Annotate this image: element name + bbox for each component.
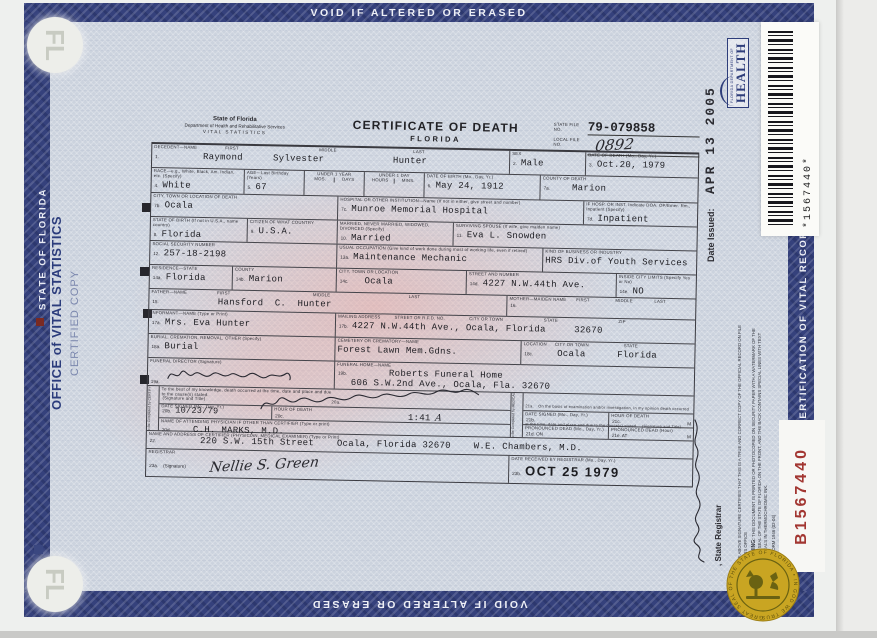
field-value: Marion [554,183,606,194]
field-sex: SEX 2.Male [509,151,585,175]
field-value: HRS Div.of Youth Services [545,256,688,269]
form-registration-mark [140,267,149,276]
field-value: Hunter [393,156,427,167]
field-residence-city: CITY, TOWN OR LOCATION 14c.Ocala [336,269,466,294]
field-value: Sylvester [273,153,393,165]
field-mother-maiden-name: MOTHER—MAIDEN NAME FIRST MIDDLE LAST 16. [506,296,695,320]
form-table: DECEDENT—NAME FIRST MIDDLE LAST 1. Raymo… [145,142,699,487]
field-value: U.S.A. [258,226,292,237]
certified-copy-text: CERTIFIED COPY [69,256,81,376]
florida-health-logo: FLORIDA DEPARTMENT OF HEALTH [727,24,750,108]
field-informant-name: INFORMANT—NAME (Type or Print) 17a.Mrs. … [149,310,335,337]
certification-band-text: CERTIFICATION OF VITAL RECORD [798,215,809,427]
great-seal-of-florida: GREAT SEAL OF THE STATE OF FLORIDA • IN … [726,548,800,622]
field-inside-city-limits: INSIDE CITY LIMITS (Specify Yes or No) 1… [616,274,696,299]
field-value: Munroe Memorial Hospital [351,204,488,217]
local-file-label: LOCAL FILE NO. [553,135,587,149]
office-of-vital-statistics-text: OFFICE of VITAL STATISTICS [49,210,64,410]
field-surviving-spouse: SURVIVING SPOUSE (If wife, give maiden n… [452,223,696,251]
field-pronounced-dead-hour: PRONOUNCED DEAD (Hour) 21e. AT M [608,427,693,441]
medical-examiner-side-strip: To Be Completed by MEDICAL EXAMINER [510,393,523,437]
field-marital-status: MARRIED, NEVER MARRIED, WIDOWED, DIVORCE… [337,221,453,246]
field-value: Eva L. Snowden [467,230,547,242]
date-received-stamp: OCT 25 1979 [525,463,620,480]
field-city-of-death: CITY, TOWN OR LOCATION OF DEATH 7b.Ocala [151,193,337,220]
field-label: DECEDENT—NAME [154,145,197,151]
field-pronounced-dead-date: PRONOUNCED DEAD (Mo., Day, Yr.) 21d. ON [523,425,608,439]
field-value: Marion [249,274,283,285]
certificate-paper: STATE OF FLORIDA CERTIFICATION OF VITAL … [0,0,836,631]
certificate-title-block: CERTIFICATE OF DEATH FLORIDA [319,117,551,145]
field-value: Florida [166,272,206,283]
field-age: AGE—Last Birthday (Years) 5.67 [243,170,303,195]
field-value: Florida [617,350,657,361]
field-value: 257-18-2198 [164,248,227,259]
void-banner-bottom: VOID IF ALTERED OR ERASED [24,591,814,617]
funeral-director-signature [164,365,294,385]
field-hospital: HOSPITAL OR OTHER INSTITUTION—Name (If n… [337,197,583,225]
field-me-hour-of-death: HOUR OF DEATH 21c. M [608,413,693,428]
field-value: White [162,180,191,191]
date-issued-label: Date Issued: [706,208,716,262]
field-value: Burial [164,341,198,352]
field-under-1-year: UNDER 1 YEAR MOS.DAYS [303,171,363,196]
blue-registration-mark [34,545,43,554]
void-banner-top-text: VOID IF ALTERED OR ERASED [24,3,814,22]
date-issued-stamp: APR 13 2005 [703,86,718,194]
field-citizen-of-country: CITIZEN OF WHAT COUNTRY 9.U.S.A. [247,219,337,244]
field-value: 4227 N.W.44th Ave. [483,278,586,290]
state-file-label: STATE FILE NO. [554,120,588,134]
red-registration-mark [36,318,44,326]
certify-statement-text: THE ABOVE SIGNATURE CERTIFIES THAT THIS … [737,324,749,564]
field-value: Ocala [165,200,194,211]
state-registrar-title: , State Registrar [714,331,723,566]
field-cemetery-location: LOCATION CITY OR TOWN STATE 18c. Ocala F… [520,341,694,367]
field-value: Mrs. Eva Hunter [165,317,251,329]
field-date-of-death: DATE OF DEATH (Mo., Day, Yr.) 3.Oct.20, … [585,152,698,177]
field-business-industry: KIND OF BUSINESS OR INDUSTRY HRS Div.of … [542,249,696,275]
field-value: Forest Lawn Mem.Gdns. [337,345,457,357]
certification-small-print: THE ABOVE SIGNATURE CERTIFIES THAT THIS … [737,324,777,564]
field-residence-street: STREET AND NUMBER 14d.4227 N.W.44th Ave. [466,271,616,297]
certifying-physician-side-strip: To Be Completed by CERTIFYING PHYSICIAN … [147,386,159,430]
scanner-background-bottom [0,631,877,638]
field-residence-county: COUNTY 14b.Marion [232,267,336,292]
left-border-band: STATE OF FLORIDA [24,3,50,617]
fl-watermark-top: FL [27,17,83,73]
field-county-of-death: COUNTY OF DEATH 7a.Marion [539,175,697,202]
field-value: NO [633,286,645,296]
hour-am-handwritten: A [434,413,442,423]
field-date-of-birth: DATE OF BIRTH (Mo., Day, Yr.) 6.May 24, … [423,173,539,199]
state-registrar-block: , State Registrar [689,331,723,566]
barcode-number: *1567440* [803,28,814,228]
field-value: Male [521,158,544,168]
form-code-text: DOH FORM 1946 (02-04) [771,324,777,564]
field-inpatient-status: IF HOSP. OR INST. Indicate DOA, OP/Emer.… [583,201,697,226]
scanned-death-certificate: STATE OF FLORIDA CERTIFICATION OF VITAL … [0,0,877,638]
death-certificate-form: State of Florida Department of Health an… [145,112,700,487]
medical-examiner-section: 21a. On the basis of examination and/or … [522,393,694,440]
state-registrar-signature [689,416,709,566]
field-cemetery-name: CEMETERY OR CREMATORY—NAME Forest Lawn M… [334,338,520,365]
barcode [768,31,793,227]
void-banner-top: VOID IF ALTERED OR ERASED [24,3,814,22]
field-value: May 24, 1912 [435,180,504,191]
field-value: Hansford C. Hunter [163,296,332,309]
registrar-signature-handwritten: Nellie S. Green [208,454,319,475]
certifying-physician-section: 20a. To the best of my knowledge, death … [158,386,511,437]
scanner-background-right [836,0,877,638]
field-funeral-director: FUNERAL DIRECTOR (Signature) 19a. [148,358,334,389]
field-value: Inpatient [597,213,648,224]
warning-text: THIS DOCUMENT IS PRINTED OR PHOTOCOPIED … [751,328,769,564]
field-state-of-birth: STATE OF BIRTH (If not in U.S.A., name c… [151,217,247,242]
field-me-date-signed: DATE SIGNED (Mo., Day, Yr.) 21b. [523,411,608,426]
field-usual-occupation: USUAL OCCUPATION (Give kind of work done… [336,245,542,272]
void-banner-bottom-text: VOID IF ALTERED OR ERASED [24,591,814,617]
fl-watermark-bottom: FL [27,556,83,612]
field-value: Raymond [163,151,273,163]
field-value: Ocala [352,276,393,287]
field-value: Florida [161,229,201,240]
field-value: 67 [255,182,267,192]
barcode-strip: *1567440* [761,22,819,236]
field-race: RACE—e.g., White, Black, Am. Indian, etc… [151,168,243,194]
document-number-red: B1567440 [793,447,811,545]
field-disposition: BURIAL, CREMATION, REMOVAL, OTHER (Speci… [148,334,334,361]
field-residence-state: RESIDENCE—STATE 14a.Florida [150,265,232,290]
field-social-security-number: SOCIAL SECURITY NUMBER 12.257-18-2198 [150,241,336,268]
health-logo-large-text: HEALTH [734,43,747,103]
field-value: Ocala [537,348,617,360]
field-under-1-day: UNDER 1 DAY HOURSMINS. [363,172,423,197]
field-value: Oct.20, 1979 [597,159,666,170]
field-value: Married [351,233,391,244]
field-date-signed: 20b.10/23/79 DATE SIGNED (Mo., Day, Yr.) [159,404,271,419]
field-value: Maintenance Mechanic [353,252,467,264]
field-registrar-signature: REGISTRAR 23a. (Signature) Nellie S. Gre… [146,449,508,483]
field-date-received: DATE RECEIVED BY REGISTRAR (Mo., Day, Yr… [508,456,692,487]
field-value: 1:41 [408,413,431,423]
date-issued-block: Date Issued: APR 13 2005 [701,46,719,262]
issuing-agency-block: State of Florida Department of Health an… [154,115,316,136]
